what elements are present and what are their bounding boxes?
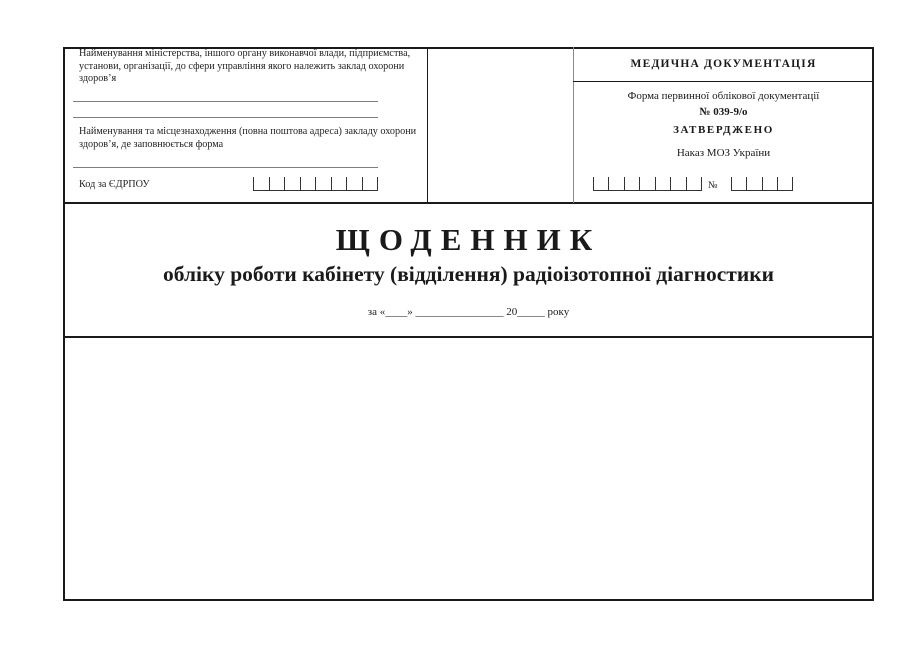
code-cell[interactable] — [639, 177, 654, 190]
ministry-fill-line-2[interactable] — [73, 117, 378, 118]
code-cell[interactable] — [762, 177, 777, 190]
code-cell[interactable] — [346, 177, 362, 190]
order-number-boxes[interactable] — [731, 177, 793, 191]
number-sign: № — [708, 180, 718, 191]
code-cell[interactable] — [731, 177, 746, 190]
document-subtitle: обліку роботи кабінету (відділення) раді… — [64, 262, 873, 287]
approved-label: ЗАТВЕРДЖЕНО — [574, 124, 873, 136]
code-cell[interactable] — [315, 177, 331, 190]
code-cell[interactable] — [608, 177, 623, 190]
order-date-boxes[interactable] — [593, 177, 702, 191]
ministry-fill-line-1[interactable] — [73, 101, 378, 102]
code-cell[interactable] — [362, 177, 379, 190]
code-cell[interactable] — [253, 177, 269, 190]
edrpou-code-boxes[interactable] — [253, 177, 378, 191]
medical-docs-divider — [573, 81, 873, 82]
period-line[interactable]: за «____» ________________ 20_____ року — [64, 306, 873, 318]
code-cell[interactable] — [269, 177, 285, 190]
facility-label: Найменування та місцезнаходження (повна … — [79, 126, 424, 151]
form-label: Форма первинної облікової документації — [574, 90, 873, 102]
header-divider — [63, 202, 874, 204]
form-number: № 039-9/о — [574, 106, 873, 118]
code-cell[interactable] — [746, 177, 761, 190]
facility-fill-line[interactable] — [73, 167, 378, 168]
code-cell[interactable] — [593, 177, 608, 190]
code-cell[interactable] — [655, 177, 670, 190]
order-label: Наказ МОЗ України — [574, 147, 873, 159]
document-title: ЩОДЕННИК — [64, 222, 873, 258]
code-cell[interactable] — [624, 177, 639, 190]
code-cell[interactable] — [777, 177, 793, 190]
frame-bottom-border — [63, 599, 874, 601]
code-cell[interactable] — [686, 177, 702, 190]
column-divider-left — [427, 47, 428, 203]
code-cell[interactable] — [300, 177, 316, 190]
medical-docs-heading: МЕДИЧНА ДОКУМЕНТАЦІЯ — [574, 58, 873, 70]
edrpou-label: Код за ЄДРПОУ — [79, 179, 150, 192]
code-cell[interactable] — [284, 177, 300, 190]
code-cell[interactable] — [670, 177, 685, 190]
code-cell[interactable] — [331, 177, 347, 190]
content-area — [65, 338, 872, 599]
ministry-label: Найменування міністерства, іншого органу… — [79, 48, 424, 86]
